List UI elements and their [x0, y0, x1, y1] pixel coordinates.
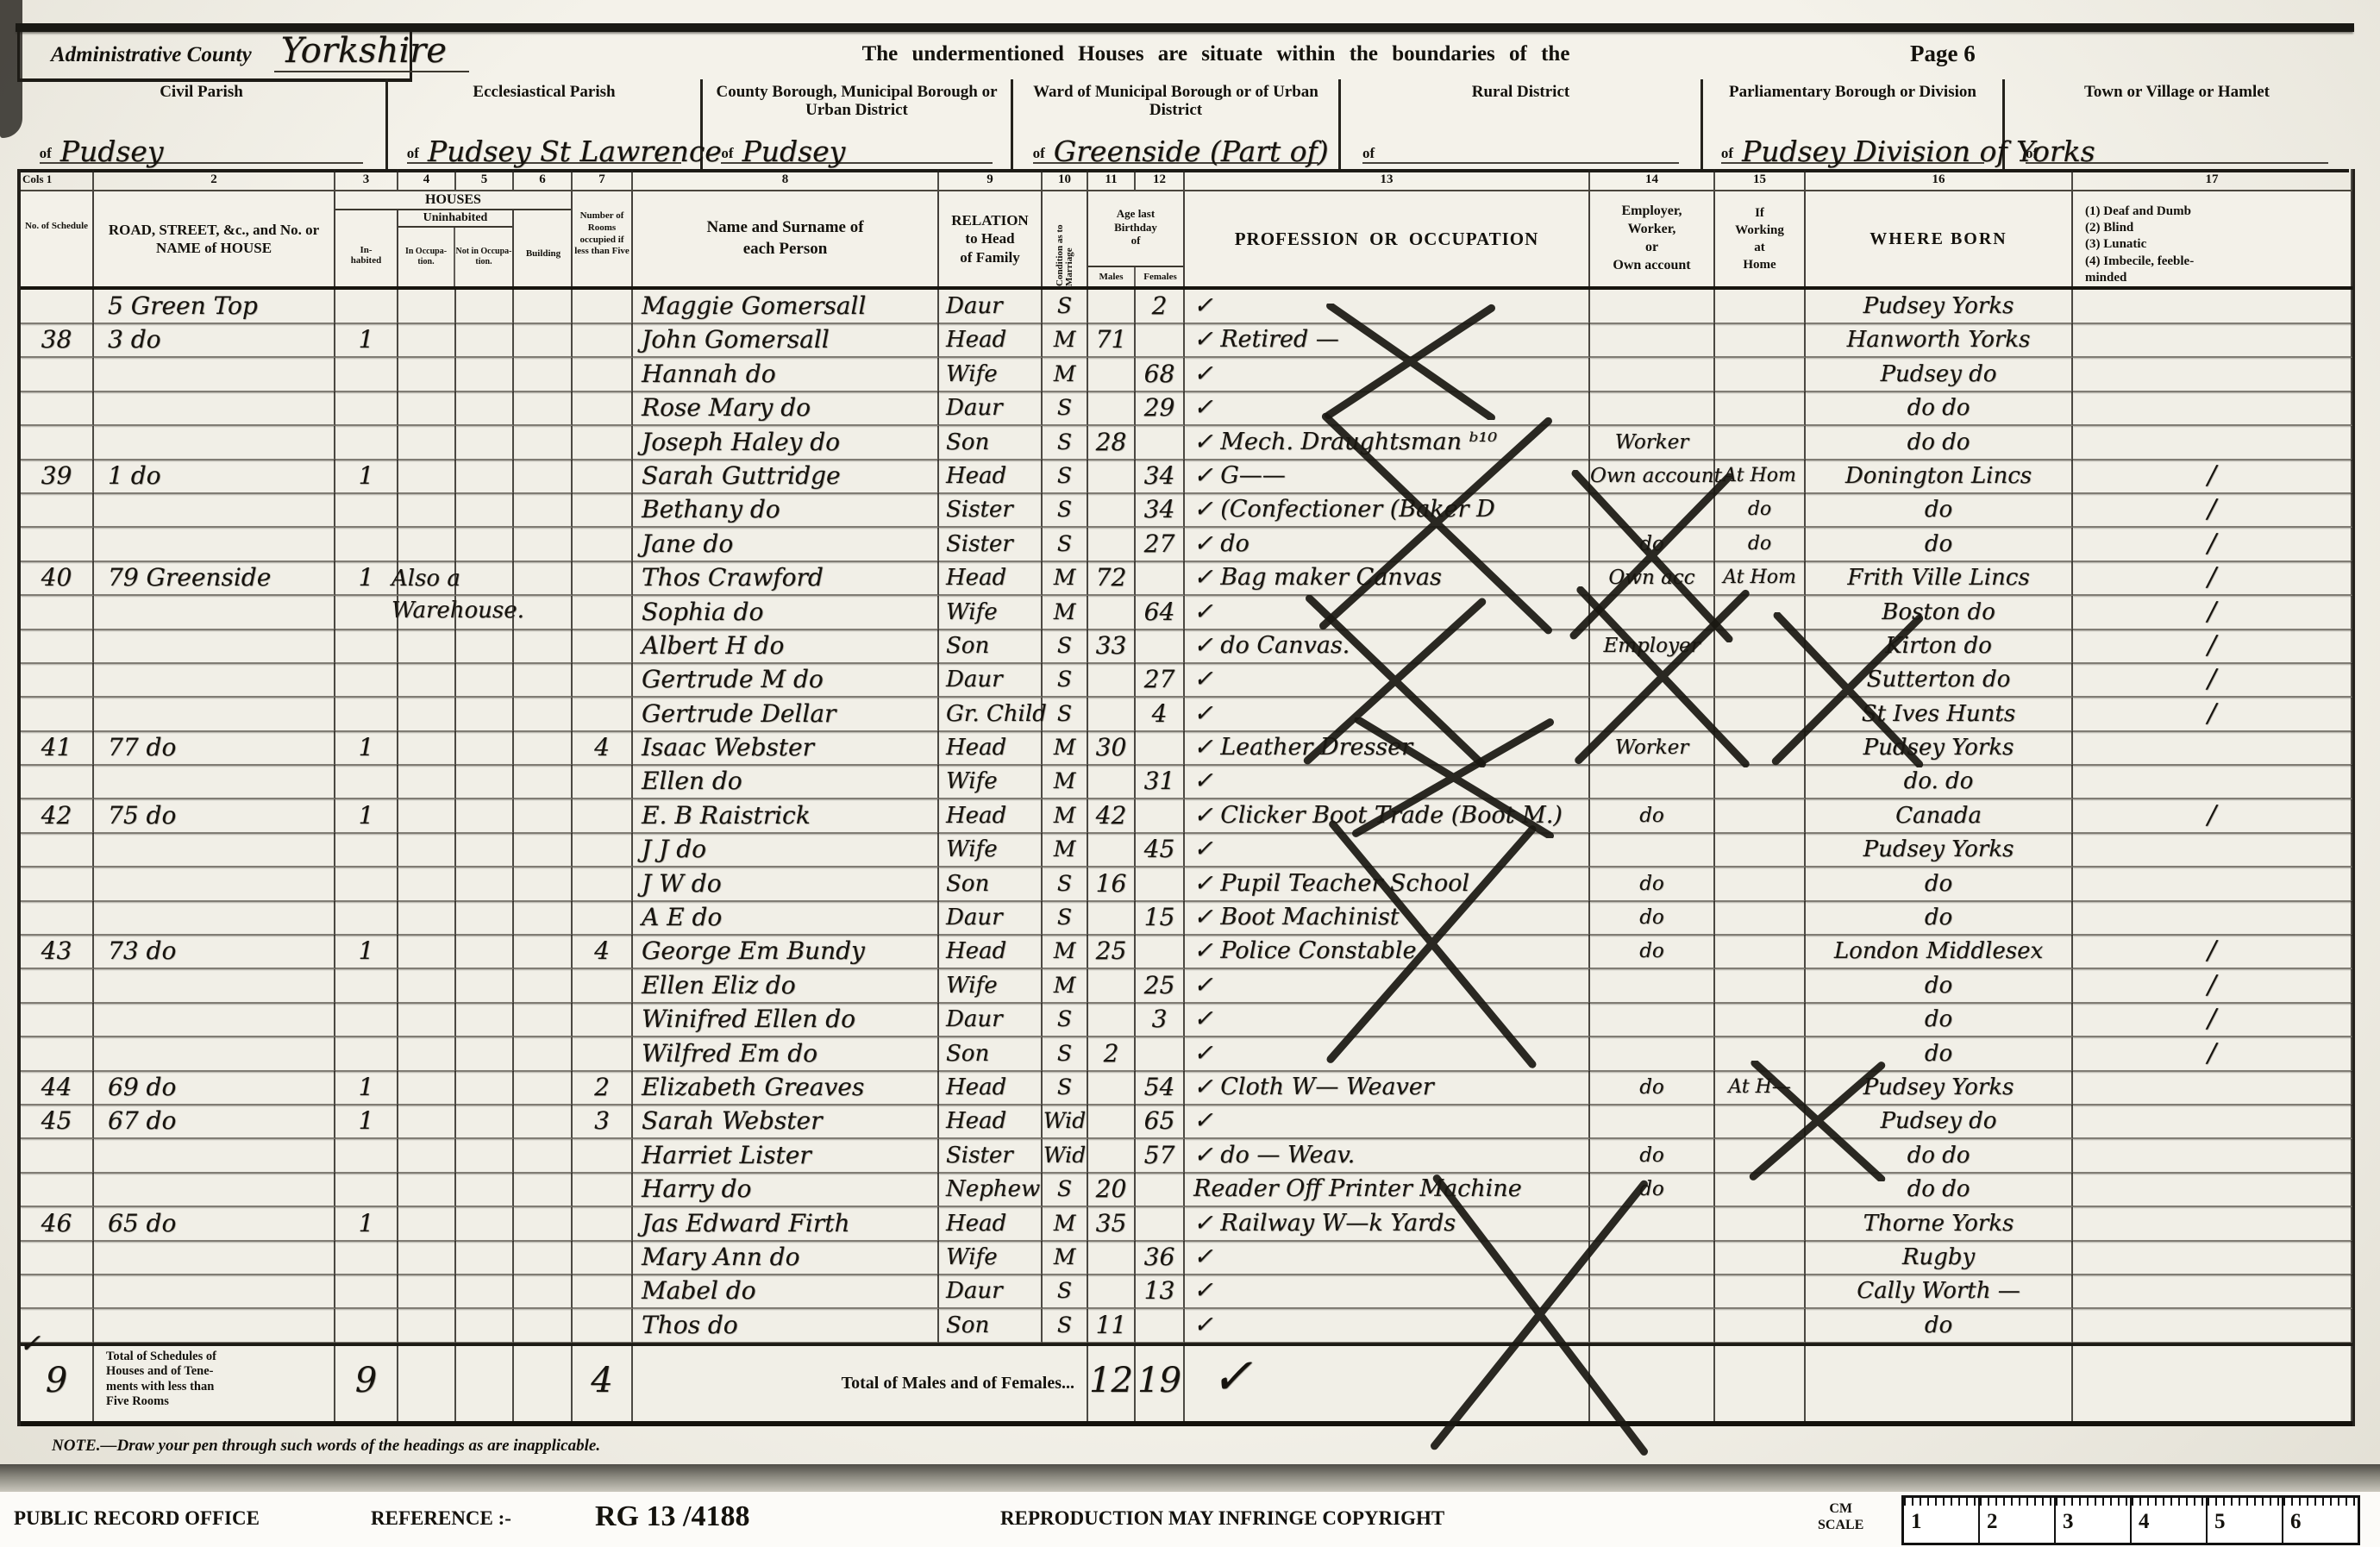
uninhabited-in-occupation-cell [398, 901, 456, 936]
relation-cell: Head [939, 561, 1043, 596]
relation-cell: Daur [939, 901, 1043, 936]
region-box: Rural District of [1341, 79, 1703, 169]
infirmity-cell [2073, 731, 2352, 766]
road-house-cell [94, 528, 335, 562]
rooms-cell [573, 1139, 633, 1174]
table-row: Bethany do Sister S 34 ✓ (Confectioner (… [21, 493, 2352, 527]
road-house-cell [94, 358, 335, 392]
uninhabited-in-occupation-cell [398, 1003, 456, 1037]
building-cell [514, 901, 573, 936]
profession-cell: ✓ [1185, 391, 1590, 426]
person-name-cell: Mabel do [633, 1275, 939, 1309]
where-born-cell: do do [1806, 391, 2073, 426]
employer-cell: do [1590, 799, 1715, 834]
inhabited-cell [335, 493, 398, 528]
age-female-cell [1136, 561, 1185, 596]
building-cell [514, 1105, 573, 1139]
inhabited-cell: 1 [335, 799, 398, 834]
at-home-cell [1715, 629, 1806, 664]
table-row: 38 3 do 1 John Gomersall Head M 71 ✓ Ret… [21, 323, 2352, 357]
uninhabited-not-occupation-cell [456, 629, 514, 664]
schedule-number-cell [21, 901, 94, 936]
ruler-cell: 3 [2054, 1498, 2130, 1543]
region-title: Civil Parish [17, 79, 385, 101]
condition-cell: M [1043, 358, 1088, 392]
road-house-cell: 73 do [94, 935, 335, 969]
header-where-born: WHERE BORN [1806, 191, 2073, 286]
region-box: Civil Parish of Pudsey [17, 79, 388, 169]
table-row: 42 75 do 1 E. B Raistrick Head M 42 ✓ Cl… [21, 799, 2352, 833]
at-home-cell [1715, 969, 1806, 1004]
where-born-cell: do [1806, 1037, 2073, 1072]
header-houses-group: HOUSES In- habited Uninhabited In Occupa… [335, 191, 573, 286]
region-value-line: of Greenside (Part of) [1033, 134, 1319, 164]
building-cell [514, 1071, 573, 1105]
table-row: 46 65 do 1 Jas Edward Firth Head M 35 ✓ … [21, 1207, 2352, 1241]
at-home-cell [1715, 935, 1806, 969]
relation-cell: Wife [939, 596, 1043, 630]
profession-cell: ✓ [1185, 1105, 1590, 1139]
road-house-cell [94, 663, 335, 698]
person-name-cell: J W do [633, 867, 939, 902]
table-row: Hannah do Wife M 68 ✓ Pudsey do [21, 358, 2352, 391]
at-home-cell [1715, 1105, 1806, 1139]
inhabited-cell [335, 1037, 398, 1072]
schedule-number-cell [21, 596, 94, 630]
employer-cell: do [1590, 935, 1715, 969]
building-cell [514, 629, 573, 664]
person-name-cell: Rose Mary do [633, 391, 939, 426]
relation-cell: Head [939, 799, 1043, 834]
building-cell [514, 765, 573, 799]
uninhabited-not-occupation-cell [456, 935, 514, 969]
where-born-cell: do do [1806, 1173, 2073, 1207]
where-born-cell: Cally Worth — [1806, 1275, 2073, 1309]
page-number: Page 6 [1910, 41, 1976, 67]
age-male-cell: 71 [1088, 323, 1136, 358]
infirmity-cell [2073, 1173, 2352, 1207]
schedule-number-cell: 43 [21, 935, 94, 969]
empty-cell [456, 1346, 514, 1421]
condition-cell: M [1043, 1241, 1088, 1275]
relation-cell: Daur [939, 391, 1043, 426]
age-male-cell [1088, 1139, 1136, 1174]
inhabited-cell [335, 358, 398, 392]
building-cell [514, 1003, 573, 1037]
road-house-cell [94, 1003, 335, 1037]
employer-cell [1590, 1207, 1715, 1242]
relation-cell: Wife [939, 765, 1043, 799]
ruler-cell: 4 [2130, 1498, 2206, 1543]
profession-cell: ✓ do [1185, 528, 1590, 562]
totals-rooms-value: 4 [591, 1361, 612, 1400]
person-name-cell: Harriet Lister [633, 1139, 939, 1174]
at-home-cell [1715, 323, 1806, 358]
uninhabited-in-occupation-cell [398, 833, 456, 867]
regions-row: Civil Parish of Pudsey Ecclesiastical Pa… [17, 79, 2349, 172]
relation-cell: Daur [939, 1003, 1043, 1037]
uninhabited-in-occupation-cell [398, 1037, 456, 1072]
infirmity-cell [2073, 867, 2352, 902]
employer-cell [1590, 358, 1715, 392]
condition-cell: S [1043, 1173, 1088, 1207]
rooms-cell [573, 867, 633, 902]
region-box: Parliamentary Borough or Division of Pud… [1703, 79, 2005, 169]
person-name-cell: Winifred Ellen do [633, 1003, 939, 1037]
where-born-cell: do [1806, 1309, 2073, 1343]
employer-cell [1590, 1003, 1715, 1037]
road-house-cell [94, 596, 335, 630]
column-number: 7 [573, 169, 633, 190]
header-inhabited: In- habited [335, 210, 398, 286]
infirmity-cell: ∕ [2073, 1003, 2352, 1037]
table-row: Thos do Son S 11 ✓ do [21, 1309, 2352, 1343]
age-female-cell [1136, 426, 1185, 460]
region-title: Parliamentary Borough or Division [1703, 79, 2002, 101]
region-value: Greenside (Part of) [1054, 137, 1329, 166]
at-home-cell [1715, 833, 1806, 867]
uninhabited-not-occupation-cell [456, 698, 514, 732]
header-name-surname: Name and Surname of each Person [633, 191, 939, 286]
schedule-number-cell: 40 [21, 561, 94, 596]
condition-cell: M [1043, 969, 1088, 1004]
header-condition-label: Condition as to Marriage [1055, 191, 1074, 286]
at-home-cell [1715, 1173, 1806, 1207]
age-female-cell [1136, 731, 1185, 766]
uninhabited-in-occupation-cell [398, 799, 456, 834]
relation-cell: Head [939, 1207, 1043, 1242]
age-female-cell: 64 [1136, 596, 1185, 630]
building-cell [514, 323, 573, 358]
table-row: 43 73 do 1 4 George Em Bundy Head M 25 ✓… [21, 935, 2352, 968]
schedule-number-cell: 46 [21, 1207, 94, 1242]
schedule-number-cell: 39 [21, 460, 94, 494]
relation-cell: Head [939, 1105, 1043, 1139]
relation-cell: Son [939, 426, 1043, 460]
age-male-cell [1088, 698, 1136, 732]
uninhabited-in-occupation-cell [398, 867, 456, 902]
road-house-cell [94, 493, 335, 528]
profession-cell: ✓ [1185, 698, 1590, 732]
employer-cell: Own account [1590, 460, 1715, 494]
condition-cell: M [1043, 596, 1088, 630]
relation-cell: Sister [939, 528, 1043, 562]
road-house-cell: 1 do [94, 460, 335, 494]
region-of-label: of [2026, 145, 2046, 162]
inhabited-cell [335, 1309, 398, 1343]
pen-tick: ✓ [19, 1329, 41, 1359]
relation-cell: Daur [939, 663, 1043, 698]
condition-cell: M [1043, 323, 1088, 358]
person-name-cell: A E do [633, 901, 939, 936]
table-row: Harry do Nephew S 20 Reader Off Printer … [21, 1173, 2352, 1206]
column-number: Cols 1 [21, 169, 94, 190]
ruler-number: 4 [2139, 1510, 2150, 1534]
where-born-cell: do do [1806, 426, 2073, 460]
region-title: Town or Village or Hamlet [2005, 79, 2349, 101]
infirmity-cell: ∕ [2073, 528, 2352, 562]
condition-cell: M [1043, 935, 1088, 969]
road-house-cell: 5 Green Top [94, 290, 335, 324]
rooms-cell [573, 358, 633, 392]
building-cell [514, 799, 573, 834]
uninhabited-in-occupation-cell [398, 969, 456, 1004]
relation-cell: Head [939, 935, 1043, 969]
rooms-cell: 2 [573, 1071, 633, 1105]
person-name-cell: Joseph Haley do [633, 426, 939, 460]
header-building: Building [514, 210, 573, 286]
employer-cell: Own acc [1590, 561, 1715, 596]
region-value-line: of [1362, 145, 1679, 164]
table-row: Harriet Lister Sister Wid 57 ✓ do — Weav… [21, 1139, 2352, 1173]
infirmity-cell [2073, 1207, 2352, 1242]
infirmity-cell [2073, 1241, 2352, 1275]
profession-cell: ✓ [1185, 1275, 1590, 1309]
totals-males-cell: 12 [1088, 1346, 1136, 1421]
road-house-cell [94, 698, 335, 732]
uninhabited-not-occupation-cell [456, 1173, 514, 1207]
age-male-cell [1088, 528, 1136, 562]
schedule-number-cell [21, 426, 94, 460]
ruler-number: 5 [2214, 1510, 2226, 1534]
uninhabited-in-occupation-cell [398, 1207, 456, 1242]
rooms-cell [573, 1207, 633, 1242]
schedule-number-cell: 44 [21, 1071, 94, 1105]
where-born-cell: Pudsey do [1806, 1105, 2073, 1139]
infirmity-cell [2073, 426, 2352, 460]
region-of-label: of [40, 145, 60, 162]
header-schedule-number: No. of Schedule [21, 191, 94, 286]
building-cell [514, 493, 573, 528]
profession-cell: ✓ Clicker Boot Trade (Boot M.) [1185, 799, 1590, 834]
age-male-cell: 28 [1088, 426, 1136, 460]
employer-cell [1590, 969, 1715, 1004]
age-female-cell [1136, 935, 1185, 969]
age-female-cell: 34 [1136, 460, 1185, 494]
where-born-cell: Pudsey Yorks [1806, 1071, 2073, 1105]
uninhabited-not-occupation-cell [456, 528, 514, 562]
age-female-cell [1136, 867, 1185, 902]
age-female-cell: 4 [1136, 698, 1185, 732]
totals-inhabited-value: 9 [355, 1361, 377, 1400]
profession-cell: ✓ do Canvas. [1185, 629, 1590, 664]
ruler-cell: 1 [1904, 1498, 1978, 1543]
region-title: Ward of Municipal Borough or of Urban Di… [1013, 79, 1338, 120]
where-born-cell: do [1806, 969, 2073, 1004]
schedule-number-cell: 38 [21, 323, 94, 358]
profession-cell: ✓ [1185, 765, 1590, 799]
building-cell [514, 290, 573, 324]
inhabited-cell [335, 969, 398, 1004]
inhabited-cell [335, 698, 398, 732]
age-female-cell: 45 [1136, 833, 1185, 867]
empty-cell [1590, 1346, 1715, 1421]
where-born-cell: do [1806, 528, 2073, 562]
age-female-cell [1136, 1309, 1185, 1343]
infirmity-cell: ∕ [2073, 969, 2352, 1004]
age-female-cell [1136, 799, 1185, 834]
person-name-cell: Harry do [633, 1173, 939, 1207]
age-female-cell: 3 [1136, 1003, 1185, 1037]
uninhabited-not-occupation-cell [456, 1139, 514, 1174]
empty-cell [1715, 1346, 1806, 1421]
where-born-cell: Thorne Yorks [1806, 1207, 2073, 1242]
relation-cell: Wife [939, 358, 1043, 392]
rooms-cell [573, 1309, 633, 1343]
uninhabited-not-occupation-cell [456, 323, 514, 358]
infirmity-cell [2073, 1105, 2352, 1139]
headings-note: NOTE.—Draw your pen through such words o… [17, 1437, 600, 1455]
column-number: 13 [1185, 169, 1590, 190]
age-male-cell [1088, 663, 1136, 698]
at-home-cell [1715, 663, 1806, 698]
person-name-cell: Isaac Webster [633, 731, 939, 766]
column-number: 14 [1590, 169, 1715, 190]
condition-cell: M [1043, 561, 1088, 596]
at-home-cell [1715, 1037, 1806, 1072]
at-home-cell [1715, 799, 1806, 834]
where-born-cell: Pudsey Yorks [1806, 731, 2073, 766]
uninhabited-in-occupation-cell [398, 391, 456, 426]
table-row: 45 67 do 1 3 Sarah Webster Head Wid 65 ✓… [21, 1105, 2352, 1138]
building-cell [514, 1275, 573, 1309]
person-name-cell: Wilfred Em do [633, 1037, 939, 1072]
schedule-number-cell [21, 1037, 94, 1072]
profession-cell: ✓ [1185, 290, 1590, 324]
column-number: 3 [335, 169, 398, 190]
column-number: 2 [94, 169, 335, 190]
person-name-cell: Gertrude Dellar [633, 698, 939, 732]
uninhabited-not-occupation-cell [456, 969, 514, 1004]
at-home-cell [1715, 1139, 1806, 1174]
condition-cell: Wid [1043, 1105, 1088, 1139]
age-female-cell: 31 [1136, 765, 1185, 799]
schedule-number-cell [21, 765, 94, 799]
age-male-cell [1088, 1003, 1136, 1037]
inhabited-cell: 1 [335, 460, 398, 494]
building-cell [514, 1173, 573, 1207]
table-row: 5 Green Top Maggie Gomersall Daur S 2 ✓ … [21, 290, 2352, 323]
table-row: Gertrude M do Daur S 27 ✓ Sutterton do ∕ [21, 663, 2352, 697]
at-home-cell [1715, 1241, 1806, 1275]
uninhabited-in-occupation-cell [398, 1173, 456, 1207]
road-house-cell [94, 1309, 335, 1343]
employer-cell [1590, 1241, 1715, 1275]
road-house-cell [94, 1139, 335, 1174]
age-female-cell: 54 [1136, 1071, 1185, 1105]
uninhabited-not-occupation-cell [456, 358, 514, 392]
schedule-number-cell [21, 391, 94, 426]
schedule-number-cell [21, 528, 94, 562]
administrative-county-box: Administrative County Yorkshire [17, 32, 412, 82]
relation-cell: Gr. Child [939, 698, 1043, 732]
cm-scale-label: CM SCALE [1818, 1500, 1863, 1533]
person-name-cell: Albert H do [633, 629, 939, 664]
at-home-cell [1715, 698, 1806, 732]
condition-cell: S [1043, 629, 1088, 664]
age-male-cell: 25 [1088, 935, 1136, 969]
relation-cell: Son [939, 1309, 1043, 1343]
relation-cell: Head [939, 1071, 1043, 1105]
column-numbers-row: Cols 1 2 3 4 5 6 7 8 9 10 11 12 13 14 15… [21, 169, 2352, 191]
building-cell [514, 1309, 573, 1343]
condition-cell: Wid [1043, 1139, 1088, 1174]
at-home-cell [1715, 596, 1806, 630]
infirmity-cell: ∕ [2073, 698, 2352, 732]
infirmity-cell: ∕ [2073, 629, 2352, 664]
condition-cell: M [1043, 833, 1088, 867]
totals-inhabited-cell: 9 [335, 1346, 398, 1421]
header-uninhabited-group: Uninhabited In Occupa- tion. Not in Occu… [398, 210, 514, 286]
column-number: 15 [1715, 169, 1806, 190]
schedule-number-cell [21, 1139, 94, 1174]
header-employer: Employer, Worker, or Own account [1590, 191, 1715, 286]
profession-cell: ✓ [1185, 358, 1590, 392]
inhabited-cell [335, 629, 398, 664]
footer-strip: PUBLIC RECORD OFFICE REFERENCE :- RG 13 … [0, 1492, 2380, 1547]
at-home-cell: do [1715, 493, 1806, 528]
building-cell [514, 528, 573, 562]
age-male-cell: 33 [1088, 629, 1136, 664]
age-male-cell [1088, 493, 1136, 528]
building-cell [514, 969, 573, 1004]
infirmity-cell [2073, 1139, 2352, 1174]
totals-schedules-label: Total of Schedules of Houses and of Tene… [94, 1346, 335, 1421]
header-age-group: Age last Birthday of Males Females [1088, 191, 1185, 286]
person-name-cell: Sarah Guttridge [633, 460, 939, 494]
schedule-number-cell [21, 493, 94, 528]
age-male-cell [1088, 1275, 1136, 1309]
administrative-county-label: Administrative County [20, 43, 252, 67]
region-of-label: of [721, 145, 742, 162]
infirmity-cell: ∕ [2073, 493, 2352, 528]
condition-cell: S [1043, 290, 1088, 324]
building-cell [514, 426, 573, 460]
infirmity-cell [2073, 1071, 2352, 1105]
table-row: A E do Daur S 15 ✓ Boot Machinist do do [21, 901, 2352, 935]
inhabited-cell [335, 596, 398, 630]
condition-cell: M [1043, 1207, 1088, 1242]
at-home-cell [1715, 426, 1806, 460]
region-box: Town or Village or Hamlet of [2005, 79, 2349, 169]
ruler-number: 2 [1987, 1510, 1998, 1534]
ruler-number: 1 [1911, 1510, 1922, 1534]
table-row: Jane do Sister S 27 ✓ do do do do ∕ [21, 528, 2352, 561]
uninhabited-in-occupation-cell [398, 1241, 456, 1275]
condition-cell: S [1043, 1003, 1088, 1037]
profession-cell: ✓ [1185, 663, 1590, 698]
rooms-cell [573, 799, 633, 834]
ruler-number: 6 [2290, 1510, 2302, 1534]
condition-cell: S [1043, 663, 1088, 698]
rooms-cell [573, 426, 633, 460]
uninhabited-not-occupation-cell [456, 1037, 514, 1072]
table-row: 44 69 do 1 2 Elizabeth Greaves Head S 54… [21, 1071, 2352, 1105]
employer-cell [1590, 323, 1715, 358]
where-born-cell: do [1806, 493, 2073, 528]
where-born-cell: do do [1806, 1139, 2073, 1174]
building-cell [514, 935, 573, 969]
relation-cell: Wife [939, 833, 1043, 867]
person-name-cell: Ellen Eliz do [633, 969, 939, 1004]
age-female-cell [1136, 1207, 1185, 1242]
infirmity-cell [2073, 290, 2352, 324]
where-born-cell: do [1806, 1003, 2073, 1037]
where-born-cell: Donington Lincs [1806, 460, 2073, 494]
profession-cell: ✓ Pupil Teacher School [1185, 867, 1590, 902]
age-male-cell [1088, 358, 1136, 392]
region-value-line: of Pudsey Division of Yorks [1721, 134, 1984, 164]
